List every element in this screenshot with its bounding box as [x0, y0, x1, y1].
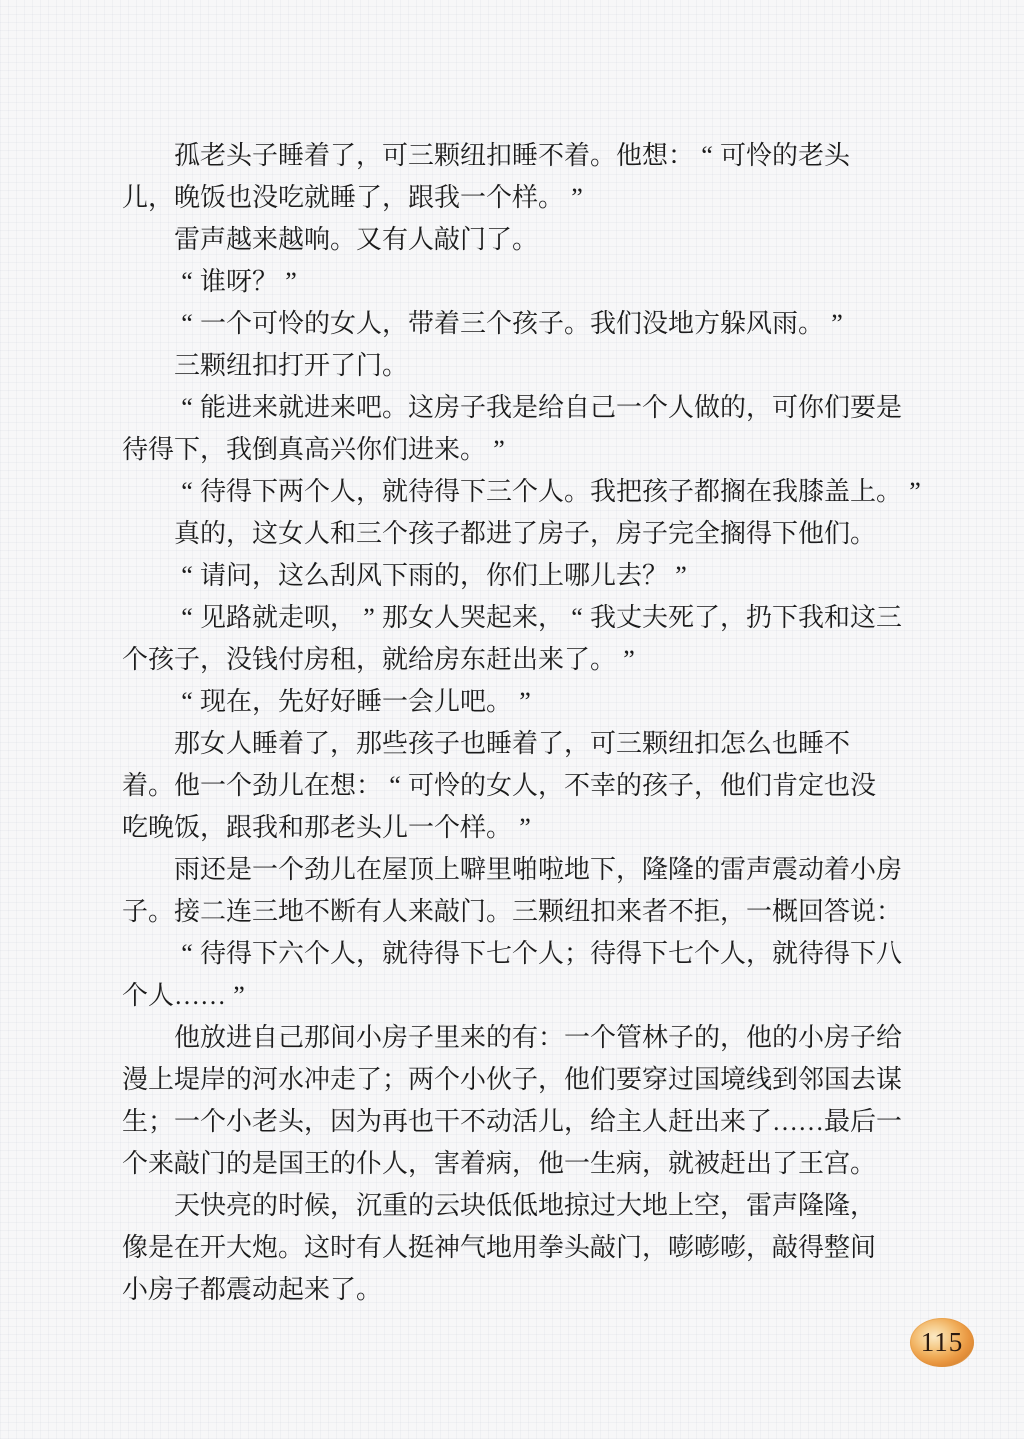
text-line: 雷声越来越响。又有人敲门了。: [122, 219, 912, 261]
text-line: 待得下，我倒真高兴你们进来。”: [122, 429, 912, 471]
text-line: 儿，晚饭也没吃就睡了，跟我一个样。”: [122, 177, 912, 219]
story-text: 孤老头子睡着了，可三颗纽扣睡不着。他想：“可怜的老头儿，晚饭也没吃就睡了，跟我一…: [122, 135, 912, 1311]
text-line: 真的，这女人和三个孩子都进了房子，房子完全搁得下他们。: [122, 513, 912, 555]
text-line: “谁呀？”: [122, 261, 912, 303]
text-line: 个来敲门的是国王的仆人，害着病，他一生病，就被赶出了王宫。: [122, 1143, 912, 1185]
text-line: 着。他一个劲儿在想：“可怜的女人，不幸的孩子，他们肯定也没: [122, 765, 912, 807]
text-line: 个孩子，没钱付房租，就给房东赶出来了。”: [122, 639, 912, 681]
text-line: “待得下两个人，就待得下三个人。我把孩子都搁在我膝盖上。”: [122, 471, 912, 513]
page-number-badge: 115: [910, 1318, 974, 1367]
text-line: 生；一个小老头，因为再也干不动活儿，给主人赶出来了……最后一: [122, 1101, 912, 1143]
text-line: 天快亮的时候，沉重的云块低低地掠过大地上空，雷声隆隆，: [122, 1185, 912, 1227]
text-line: 漫上堤岸的河水冲走了；两个小伙子，他们要穿过国境线到邻国去谋: [122, 1059, 912, 1101]
text-line: “一个可怜的女人，带着三个孩子。我们没地方躲风雨。”: [122, 303, 912, 345]
text-line: “见路就走呗，”那女人哭起来，“我丈夫死了，扔下我和这三: [122, 597, 912, 639]
text-line: 个人……”: [122, 975, 912, 1017]
text-line: 那女人睡着了，那些孩子也睡着了，可三颗纽扣怎么也睡不: [122, 723, 912, 765]
text-line: 雨还是一个劲儿在屋顶上噼里啪啦地下，隆隆的雷声震动着小房: [122, 849, 912, 891]
text-line: “请问，这么刮风下雨的，你们上哪儿去？”: [122, 555, 912, 597]
text-line: 孤老头子睡着了，可三颗纽扣睡不着。他想：“可怜的老头: [122, 135, 912, 177]
text-line: “能进来就进来吧。这房子我是给自己一个人做的，可你们要是: [122, 387, 912, 429]
page-number: 115: [921, 1327, 964, 1358]
text-line: 像是在开大炮。这时有人挺神气地用拳头敲门，嘭嘭嘭，敲得整间: [122, 1227, 912, 1269]
text-line: 三颗纽扣打开了门。: [122, 345, 912, 387]
text-line: 子。接二连三地不断有人来敲门。三颗纽扣来者不拒，一概回答说：: [122, 891, 912, 933]
text-line: “待得下六个人，就待得下七个人；待得下七个人，就待得下八: [122, 933, 912, 975]
text-line: 小房子都震动起来了。: [122, 1269, 912, 1311]
text-line: 他放进自己那间小房子里来的有：一个管林子的，他的小房子给: [122, 1017, 912, 1059]
text-line: 吃晚饭，跟我和那老头儿一个样。”: [122, 807, 912, 849]
text-line: “现在，先好好睡一会儿吧。”: [122, 681, 912, 723]
